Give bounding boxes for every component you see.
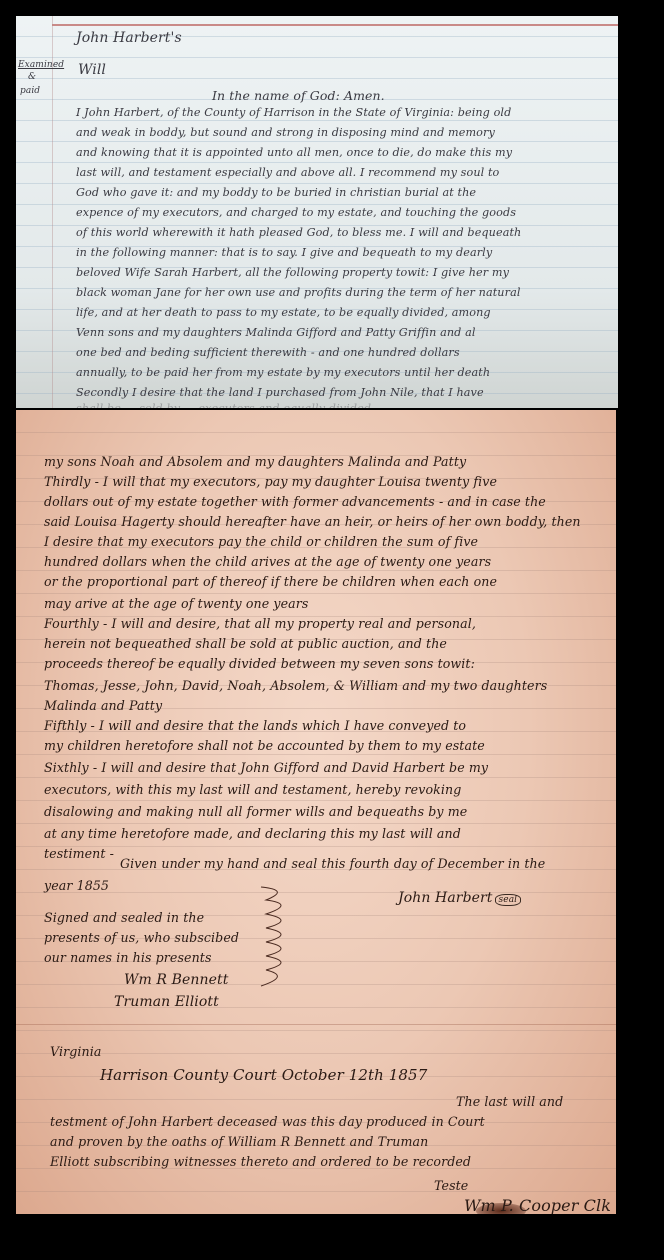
given-year-line: year 1855 [44,878,109,893]
witness-clause-line: presents of us, who subscibed [44,930,239,945]
teste-label: Teste [434,1178,468,1193]
text-line: Malinda and Patty [44,698,162,713]
text-line: my children heretofore shall not be acco… [44,738,485,753]
text-line: dollars out of my estate together with f… [44,494,546,509]
probate-line: The last will and [456,1094,563,1109]
text-line: Sixthly - I will and desire that John Gi… [44,760,488,775]
scroll-brace-flourish [241,882,296,992]
clerk-signature: Wm P. Cooper Clk [464,1196,611,1214]
text-line: last will, and testament especially and … [76,166,499,179]
witness-signature-bennett: Wm R Bennett [124,972,228,988]
text-line: Venn sons and my daughters Malinda Giffo… [76,326,476,339]
probate-line: testment of John Harbert deceased was th… [50,1114,485,1129]
text-line: one bed and beding sufficient therewith … [76,346,460,359]
text-line: expence of my executors, and charged to … [76,206,516,219]
seal-mark: seal [495,894,522,906]
text-line: at any time heretofore made, and declari… [44,826,461,841]
will-page-1: Examined & paid John Harbert's Will In t… [16,16,618,408]
text-line: executors, with this my last will and te… [44,782,461,797]
text-line: Thirdly - I will that my executors, pay … [44,474,497,489]
text-line: hundred dollars when the child arives at… [44,554,491,569]
invocation: In the name of God: Amen. [212,88,385,103]
witness-clause-line: our names in his presents [44,950,212,965]
text-line: proceeds thereof be equally divided betw… [44,656,475,671]
text-line: and weak in boddy, but sound and strong … [76,126,495,139]
text-line: disalowing and making null all former wi… [44,804,467,819]
witness-signature-elliott: Truman Elliott [114,994,219,1010]
text-line: Fifthly - I will and desire that the lan… [44,718,466,733]
text-line: in the following manner: that is to say.… [76,246,492,259]
margin-note-paid: paid [20,86,40,96]
testator-signature: John Harbertseal [398,890,521,906]
text-line: Thomas, Jesse, John, David, Noah, Absole… [44,678,547,693]
text-line: I John Harbert, of the County of Harriso… [76,106,511,119]
text-line: said Louisa Hagerty should hereafter hav… [44,514,581,529]
text-line: black woman Jane for her own use and pro… [76,286,521,299]
witness-clause-line: Signed and sealed in the [44,910,204,925]
probate-state: Virginia [50,1044,101,1059]
red-rule-line [52,24,618,26]
text-line: life, and at her death to pass to my est… [76,306,491,319]
heading-will: Will [78,62,106,78]
text-line: God who gave it: and my boddy to be buri… [76,186,476,199]
text-line: Secondly I desire that the land I purcha… [76,386,484,399]
text-line: and knowing that it is appointed unto al… [76,146,512,159]
margin-note-examined: Examined [18,60,64,70]
text-line: annually, to be paid her from my estate … [76,366,490,379]
probate-line: Elliott subscribing witnesses thereto an… [50,1154,471,1169]
text-line: herein not bequeathed shall be sold at p… [44,636,447,651]
text-line: my sons Noah and Absolem and my daughter… [44,454,466,469]
text-line: Fourthly - I will and desire, that all m… [44,616,476,631]
margin-line [52,16,53,408]
text-line-torn: shall be ... sold by ... executors and e… [76,402,386,408]
text-line: beloved Wife Sarah Harbert, all the foll… [76,266,509,279]
text-line: of this world wherewith it hath pleased … [76,226,521,239]
heading-john-harberts: John Harbert's [76,30,182,46]
margin-note-ampersand: & [28,72,36,82]
text-line: testiment - [44,846,114,861]
probate-court-heading: Harrison County Court October 12th 1857 [100,1066,427,1084]
given-under-hand-line: Given under my hand and seal this fourth… [120,856,545,871]
section-divider [16,1024,616,1025]
probate-line: and proven by the oaths of William R Ben… [50,1134,428,1149]
will-page-2: my sons Noah and Absolem and my daughter… [16,410,616,1214]
text-line: or the proportional part of thereof if t… [44,574,497,589]
text-line: may arive at the age of twenty one years [44,596,308,611]
testator-name: John Harbert [398,890,493,906]
text-line: I desire that my executors pay the child… [44,534,478,549]
